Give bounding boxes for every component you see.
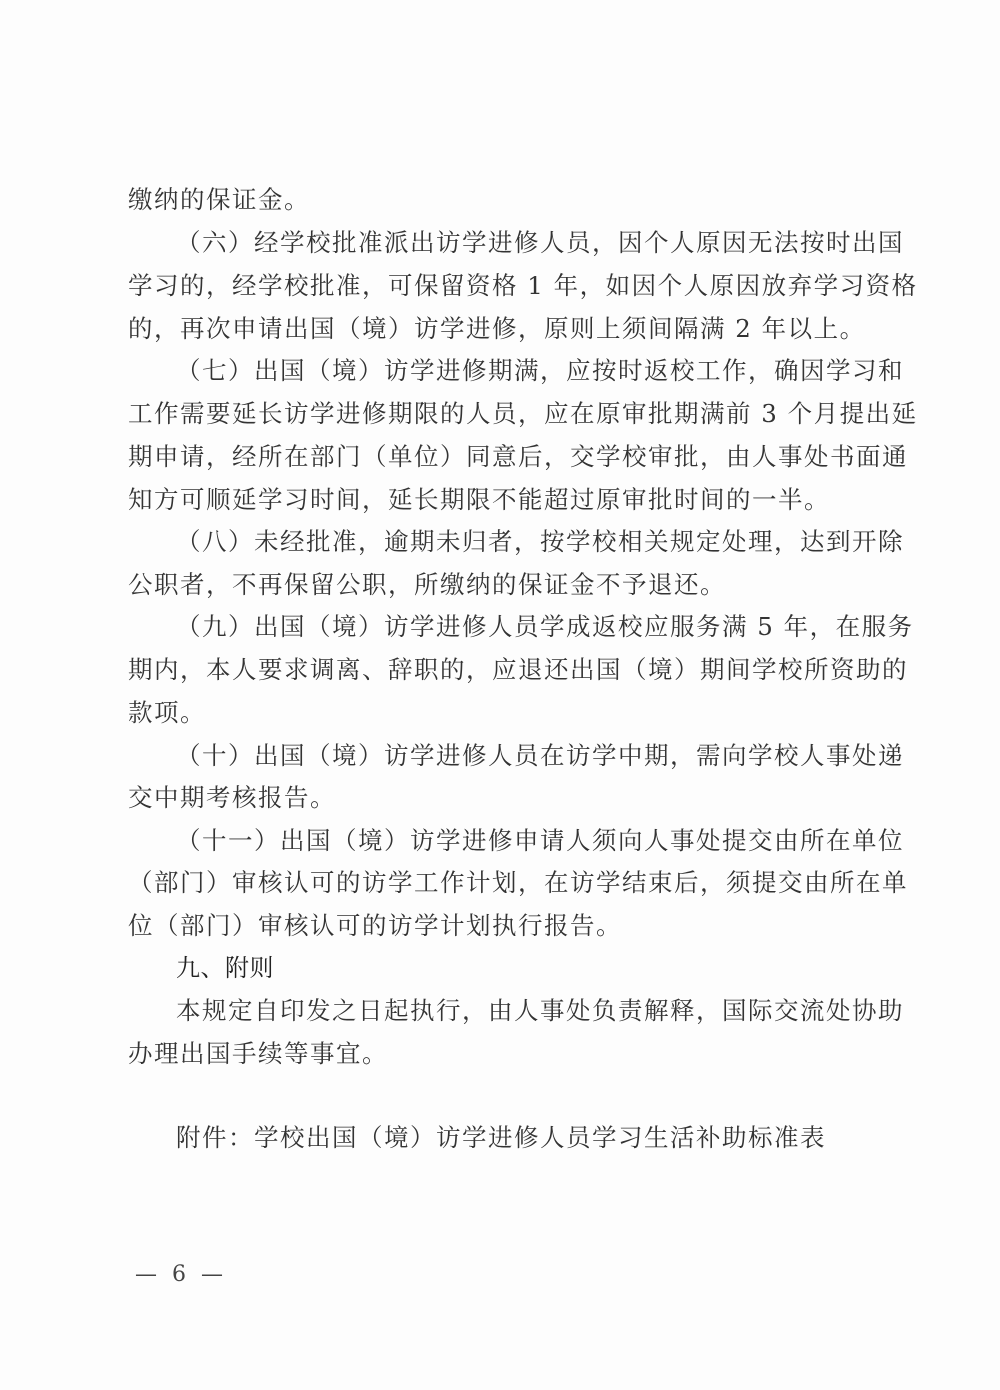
- paragraph-item-9-line: 期内，本人要求调离、辞职的，应退还出国（境）期间学校所资助的: [128, 655, 872, 685]
- paragraph-item-6-line: 的，再次申请出国（境）访学进修，原则上须间隔满 2 年以上。: [128, 314, 872, 344]
- paragraph-item-8-line: 公职者，不再保留公职，所缴纳的保证金不予退还。: [128, 570, 872, 600]
- paragraph-item-7-line: 工作需要延长访学进修期限的人员，应在原审批期满前 3 个月提出延: [128, 399, 872, 429]
- paragraph-item-7-line: 期申请，经所在部门（单位）同意后，交学校审批，由人事处书面通: [128, 442, 872, 472]
- paragraph-item-6-line: （六）经学校批准派出访学进修人员，因个人原因无法按时出国: [176, 228, 872, 258]
- paragraph-item-9-line: 款项。: [128, 698, 872, 728]
- paragraph-item-11-line: （十一）出国（境）访学进修申请人须向人事处提交由所在单位: [176, 826, 872, 856]
- paragraph-continuation-line: 缴纳的保证金。: [128, 185, 872, 215]
- paragraph-item-8-line: （八）未经批准，逾期未归者，按学校相关规定处理，达到开除: [176, 527, 872, 557]
- paragraph-item-10-line: 交中期考核报告。: [128, 783, 872, 813]
- paragraph-item-7-line: 知方可顺延学习时间，延长期限不能超过原审批时间的一半。: [128, 485, 872, 515]
- paragraph-item-11-line: 位（部门）审核认可的访学计划执行报告。: [128, 911, 872, 941]
- page-number: — 6 —: [135, 1262, 227, 1287]
- paragraph-item-9-line: （九）出国（境）访学进修人员学成返校应服务满 5 年，在服务: [176, 612, 872, 642]
- document-page: 缴纳的保证金。 （六）经学校批准派出访学进修人员，因个人原因无法按时出国 学习的…: [0, 0, 1000, 1390]
- paragraph-item-7-line: （七）出国（境）访学进修期满，应按时返校工作，确因学习和: [176, 356, 872, 386]
- attachment-note: 附件：学校出国（境）访学进修人员学习生活补助标准表: [176, 1123, 826, 1153]
- section-heading: 九、附则: [176, 953, 274, 983]
- paragraph-item-10-line: （十）出国（境）访学进修人员在访学中期，需向学校人事处递: [176, 741, 872, 771]
- paragraph-item-11-line: （部门）审核认可的访学工作计划，在访学结束后，须提交由所在单: [128, 868, 872, 898]
- closing-paragraph-line: 办理出国手续等事宜。: [128, 1039, 872, 1069]
- paragraph-item-6-line: 学习的，经学校批准，可保留资格 1 年，如因个人原因放弃学习资格: [128, 271, 872, 301]
- closing-paragraph-line: 本规定自印发之日起执行，由人事处负责解释，国际交流处协助: [176, 996, 872, 1026]
